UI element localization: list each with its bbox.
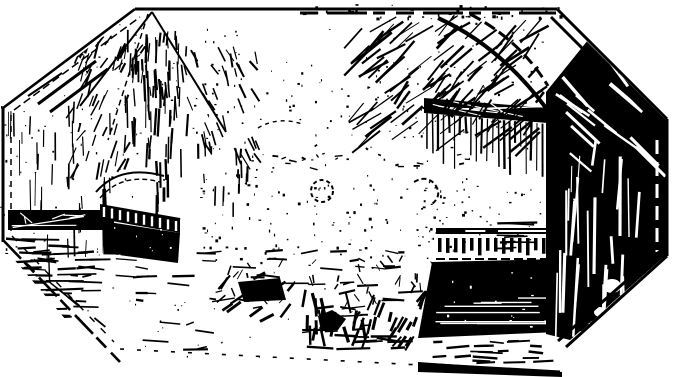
engraving-illustration	[0, 0, 675, 377]
canopy-tent	[28, 12, 261, 181]
engraving-page	[0, 0, 675, 377]
